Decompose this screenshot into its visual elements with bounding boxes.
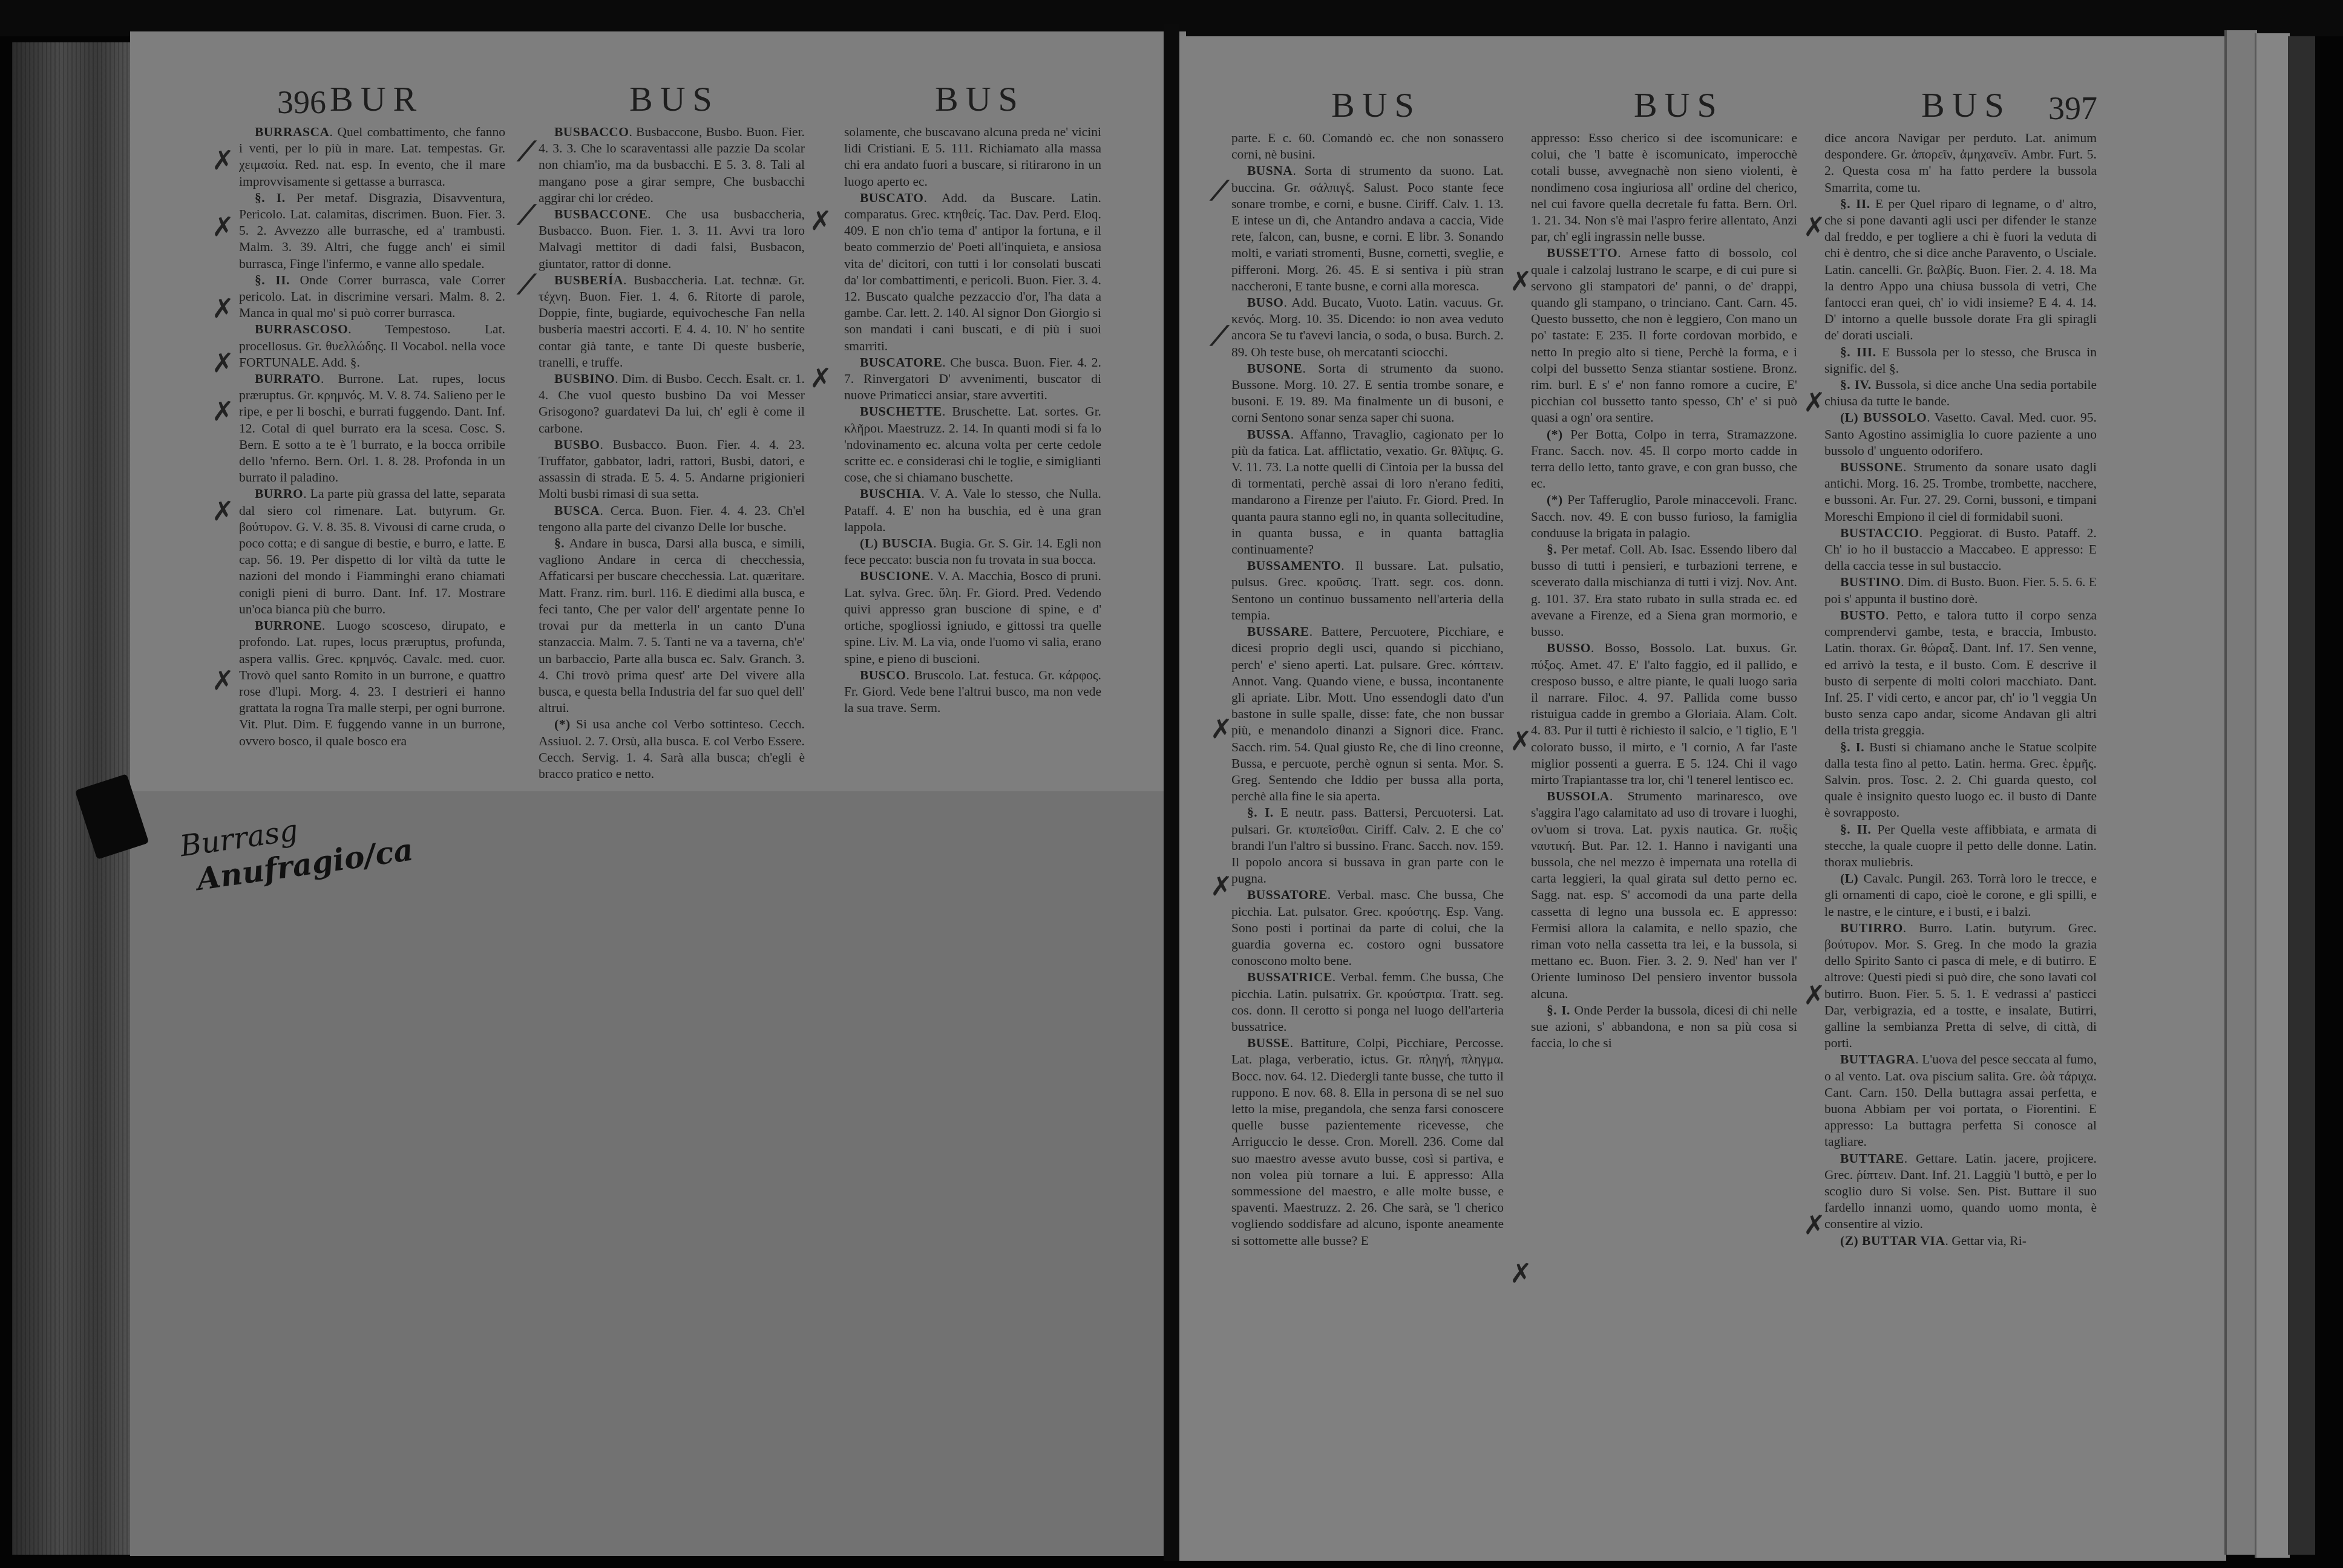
dictionary-entry: BUSSA. Affanno, Travaglio, cagionato per… <box>1231 426 1504 558</box>
entry-headword: §. IV. <box>1840 377 1872 392</box>
entry-text: . Add. da Buscare. Latin. comparatus. Gr… <box>844 191 1101 353</box>
margin-cross-mark-icon: ✗ <box>1803 212 1826 243</box>
dictionary-entry: (*) Si usa anche col Verbo sottinteso. C… <box>539 716 805 782</box>
dictionary-entry: §. I. Per metaf. Disgrazia, Disavventura… <box>239 190 505 272</box>
entry-text: Per metaf. Coll. Ab. Isac. Essendo liber… <box>1531 542 1797 639</box>
entry-headword: BUSCATO <box>860 191 923 205</box>
margin-cross-mark-icon: ✗ <box>1510 726 1532 757</box>
entry-headword: BUSBACCO <box>554 125 629 139</box>
dictionary-entry: BUSSAMENTO. Il bussare. Lat. pulsatio, p… <box>1231 558 1504 624</box>
entry-headword: §. <box>554 536 565 550</box>
entry-text: . Sorta di strumento da suono. Lat. bucc… <box>1231 163 1504 293</box>
entry-headword: BUSTINO <box>1840 575 1901 589</box>
entry-headword: BUTTARE <box>1840 1151 1904 1166</box>
entry-headword: BUSBACCONE <box>554 207 647 221</box>
entry-headword: §. <box>1547 542 1557 557</box>
entry-headword: BUSSA <box>1247 427 1291 442</box>
dictionary-entry: BUSONE. Sorta di strumento da suono. Bus… <box>1231 361 1504 426</box>
dictionary-entry: §. II. E per Quel riparo di legname, o d… <box>1824 196 2097 344</box>
dictionary-column-left-2: BUSBACCO. Busbaccone, Busbo. Buon. Fier.… <box>539 124 805 789</box>
dictionary-entry: parte. E c. 60. Comandò ec. che non sona… <box>1231 130 1504 163</box>
entry-text: . Petto, e talora tutto il corpo senza c… <box>1824 608 2097 737</box>
dictionary-entry: BUSSATRICE. Verbal. femm. Che bussa, Che… <box>1231 969 1504 1035</box>
margin-cross-mark-icon: ✗ <box>1210 871 1233 902</box>
entry-headword: BUTTAGRA <box>1840 1052 1915 1067</box>
entry-text: . La parte più grassa del latte, separat… <box>239 486 505 616</box>
dictionary-entry: §. IV. Bussola, si dice anche Una sedia … <box>1824 377 2097 410</box>
running-head-left-col3: BUS <box>935 79 1025 119</box>
dictionary-entry: BURRATO. Burrone. Lat. rupes, locus prær… <box>239 371 505 486</box>
dictionary-entry: BUSTINO. Dim. di Busto. Buon. Fier. 5. 5… <box>1824 574 2097 607</box>
margin-cross-mark-icon: ✗ <box>212 665 234 696</box>
dictionary-entry: BUSSATORE. Verbal. masc. Che bussa, Che … <box>1231 887 1504 969</box>
dictionary-entry: dice ancora Navigar per perduto. Lat. an… <box>1824 130 2097 196</box>
entry-headword: BUSCATORE <box>860 355 942 370</box>
running-head-left-col1: BUR <box>330 79 424 119</box>
dictionary-entry: §. III. E Bussola per lo stesso, che Bru… <box>1824 344 2097 377</box>
entry-text: Per Botta, Colpo in terra, Stramazzone. … <box>1531 427 1797 491</box>
entry-text: Andare in busca, Darsi alla busca, e sim… <box>539 536 805 715</box>
running-head-right-col2: BUS <box>1634 85 1724 125</box>
running-head-right-col1: BUS <box>1331 85 1421 125</box>
dictionary-entry: BUSBINO. Dim. di Busbo. Cecch. Esalt. cr… <box>539 371 805 437</box>
entry-headword: BUSCHETTE <box>860 404 942 419</box>
margin-cross-mark-icon: ✗ <box>1210 714 1233 745</box>
entry-text: Onde Perder la bussola, dicesi di chi ne… <box>1531 1003 1797 1050</box>
entry-text: appresso: Esso cherico si dee iscomunica… <box>1531 131 1797 244</box>
margin-cross-mark-icon: ✗ <box>1803 1210 1826 1241</box>
dictionary-entry: BUSBACCO. Busbaccone, Busbo. Buon. Fier.… <box>539 124 805 206</box>
book-gutter <box>1164 24 1179 1561</box>
running-head-right-col3: BUS <box>1921 85 2011 125</box>
entry-headword: BUSSATRICE <box>1247 970 1332 984</box>
margin-cross-mark-icon: ✗ <box>212 212 234 243</box>
entry-headword: BUSSONE <box>1840 460 1903 474</box>
margin-dash-mark-icon: ⟋ <box>517 200 536 230</box>
dictionary-column-right-1: parte. E c. 60. Comandò ec. che non sona… <box>1231 130 1504 1503</box>
dictionary-entry: BUSSE. Battiture, Colpi, Picchiare, Perc… <box>1231 1035 1504 1249</box>
entry-headword: BURRO <box>255 486 303 501</box>
dictionary-entry: BUSSARE. Battere, Percuotere, Picchiare,… <box>1231 624 1504 805</box>
margin-cross-mark-icon: ✗ <box>1803 980 1826 1011</box>
entry-headword: BUSSATORE <box>1247 887 1328 902</box>
entry-headword: §. I. <box>1247 805 1274 820</box>
entry-text: . Arnese fatto di bossolo, col quale i c… <box>1531 246 1797 425</box>
entry-headword: (*) <box>1547 492 1563 507</box>
entry-headword: §. II. <box>1840 822 1871 837</box>
dictionary-entry: BUSCO. Bruscolo. Lat. festuca. Gr. κάρφο… <box>844 667 1101 717</box>
entry-headword: BUSBO <box>554 437 600 452</box>
entry-text: Si usa anche col Verbo sottinteso. Cecch… <box>539 717 805 781</box>
dictionary-entry: BURRONE. Luogo scosceso, dirupato, e pro… <box>239 618 505 750</box>
show-through-text <box>239 805 1098 1530</box>
page-block-edge-right <box>2224 30 2257 1555</box>
entry-text: . Battere, Percuotere, Picchiare, e dice… <box>1231 624 1504 803</box>
entry-text: . Burro. Latin. butyrum. Grec. βούτυρον.… <box>1824 921 2097 1050</box>
dictionary-entry: BUTTAGRA. L'uova del pesce seccata al fu… <box>1824 1051 2097 1150</box>
dictionary-entry: §. I. E neutr. pass. Battersi, Percuoter… <box>1231 805 1504 887</box>
dictionary-column-left-1: BURRASCA. Quel combattimento, che fanno … <box>239 124 505 789</box>
entry-text: . Burrone. Lat. rupes, locus præruptus. … <box>239 371 505 485</box>
entry-headword: BUSCA <box>554 503 600 518</box>
entry-headword: BUTIRRO <box>1840 921 1903 935</box>
dictionary-entry: BUSO. Add. Bucato, Vuoto. Latin. vacuus.… <box>1231 295 1504 361</box>
dictionary-entry: appresso: Esso cherico si dee iscomunica… <box>1531 130 1797 245</box>
dictionary-entry: BUSCHETTE. Bruschette. Lat. sortes. Gr. … <box>844 403 1101 486</box>
entry-text: E per Quel riparo di legname, o d' altro… <box>1824 197 2097 343</box>
entry-headword: BUSTO <box>1840 608 1886 622</box>
dictionary-entry: BUSBACCONE. Che usa busbaccheria, Busbac… <box>539 206 805 272</box>
dictionary-entry: §. Per metaf. Coll. Ab. Isac. Essendo li… <box>1531 541 1797 640</box>
dictionary-entry: BUSBO. Busbacco. Buon. Fier. 4. 4. 23. T… <box>539 437 805 503</box>
margin-cross-mark-icon: ✗ <box>1510 1258 1532 1289</box>
dictionary-entry: BUTIRRO. Burro. Latin. butyrum. Grec. βο… <box>1824 920 2097 1052</box>
dictionary-entry: §. I. Onde Perder la bussola, dicesi di … <box>1531 1002 1797 1052</box>
page-block-edge-right-outer <box>2255 33 2290 1558</box>
margin-cross-mark-icon: ✗ <box>212 496 234 527</box>
dictionary-entry: §. Andare in busca, Darsi alla busca, e … <box>539 535 805 716</box>
dictionary-entry: BUSCA. Cerca. Buon. Fier. 4. 4. 23. Ch'e… <box>539 503 805 535</box>
dictionary-entry: §. II. Per Quella veste affibbiata, e ar… <box>1824 822 2097 871</box>
entry-text: . Bosso, Bossolo. Lat. buxus. Gr. πύξος.… <box>1531 641 1797 787</box>
dictionary-column-right-3: dice ancora Navigar per perduto. Lat. an… <box>1824 130 2097 1503</box>
margin-cross-mark-icon: ✗ <box>212 293 234 324</box>
entry-text: . V. A. Macchia, Bosco di pruni. Lat. sy… <box>844 569 1101 665</box>
dictionary-column-left-3: solamente, che buscavano alcuna preda ne… <box>844 124 1101 789</box>
dictionary-entry: BURRO. La parte più grassa del latte, se… <box>239 486 505 618</box>
entry-headword: BUSCO <box>860 668 906 682</box>
margin-cross-mark-icon: ✗ <box>212 145 234 176</box>
dictionary-entry: (L) BUSCIA. Bugia. Gr. S. Gir. 14. Egli … <box>844 535 1101 568</box>
entry-headword: §. II. <box>255 273 290 287</box>
dictionary-entry: solamente, che buscavano alcuna preda ne… <box>844 124 1101 190</box>
entry-text: . Luogo scosceso, dirupato, e profondo. … <box>239 618 505 748</box>
entry-headword: BUSCIONE <box>860 569 930 583</box>
page-number-left: 396 <box>277 83 326 121</box>
dictionary-entry: §. II. Onde Correr burrasca, vale Correr… <box>239 272 505 322</box>
entry-headword: BURRONE <box>255 618 322 633</box>
dictionary-entry: (Z) BUTTAR VIA. Gettar via, Ri- <box>1824 1233 2097 1249</box>
margin-dash-mark-icon: ⟋ <box>517 136 536 167</box>
dictionary-entry: BUSTO. Petto, e talora tutto il corpo se… <box>1824 607 2097 739</box>
entry-headword: (*) <box>1547 427 1563 442</box>
dictionary-entry: BUSNA. Sorta di strumento da suono. Lat.… <box>1231 163 1504 295</box>
entry-headword: BURRASCOSO <box>255 322 348 336</box>
entry-headword: BUSONE <box>1247 361 1302 376</box>
entry-headword: BUSCHIA <box>860 486 921 501</box>
entry-text: . Gettar via, Ri- <box>1945 1233 2026 1248</box>
dictionary-entry: BUSSETTO. Arnese fatto di bossolo, col q… <box>1531 245 1797 426</box>
dictionary-entry: (*) Per Tafferuglio, Parole minaccevoli.… <box>1531 492 1797 541</box>
entry-text: . Battiture, Colpi, Picchiare, Percosse.… <box>1231 1036 1504 1247</box>
entry-text: Busti si chiamano anche le Statue scolpi… <box>1824 740 2097 820</box>
entry-text: . Strumento marinaresco, ove s'aggira l'… <box>1531 789 1797 1001</box>
entry-headword: BUSNA <box>1247 163 1293 178</box>
entry-text: . Affanno, Travaglio, cagionato per lo p… <box>1231 427 1504 557</box>
book-cover-right <box>2288 36 2315 1555</box>
dictionary-entry: BURRASCOSO. Tempestoso. Lat. procellosus… <box>239 321 505 371</box>
dictionary-entry: BUSCATORE. Che busca. Buon. Fier. 4. 2. … <box>844 354 1101 404</box>
margin-cross-mark-icon: ✗ <box>212 396 234 427</box>
entry-headword: §. II. <box>1840 197 1870 211</box>
page-number-right: 397 <box>2048 90 2097 127</box>
margin-cross-mark-icon: ✗ <box>810 363 832 394</box>
entry-text: Cavalc. Pungil. 263. Torrà loro le trecc… <box>1824 871 2097 918</box>
dictionary-entry: BUSCIONE. V. A. Macchia, Bosco di pruni.… <box>844 568 1101 667</box>
margin-cross-mark-icon: ✗ <box>1510 266 1532 297</box>
entry-headword: §. I. <box>255 191 286 205</box>
dictionary-entry: (*) Per Botta, Colpo in terra, Stramazzo… <box>1531 426 1797 492</box>
entry-headword: BURRATO <box>255 371 321 386</box>
entry-text: Per Tafferuglio, Parole minaccevoli. Fra… <box>1531 492 1797 540</box>
margin-dash-mark-icon: ⟋ <box>1210 321 1229 351</box>
entry-headword: (L) <box>1840 871 1858 886</box>
dictionary-entry: (L) BUSSOLO. Vasetto. Caval. Med. cuor. … <box>1824 410 2097 459</box>
entry-headword: BUSSARE <box>1247 624 1309 639</box>
margin-dash-mark-icon: ⟋ <box>517 269 536 300</box>
entry-headword: BUSTACCIO <box>1840 526 1919 540</box>
margin-cross-mark-icon: ✗ <box>212 348 234 379</box>
entry-headword: BUSBINO <box>554 371 615 386</box>
entry-headword: (Z) BUTTAR VIA <box>1840 1233 1945 1248</box>
dictionary-entry: BUSSONE. Strumento da sonare usato dagli… <box>1824 459 2097 525</box>
entry-headword: BUSO <box>1247 295 1284 310</box>
entry-headword: (L) BUSCIA <box>860 536 933 550</box>
entry-headword: §. III. <box>1840 345 1876 359</box>
margin-dash-mark-icon: ⟋ <box>1210 175 1229 206</box>
running-head-left-col2: BUS <box>629 79 719 119</box>
entry-headword: BUSSO <box>1547 641 1591 655</box>
dictionary-entry: §. I. Busti si chiamano anche le Statue … <box>1824 739 2097 822</box>
entry-text: . L'uova del pesce seccata al fumo, o al… <box>1824 1052 2097 1149</box>
entry-text: solamente, che buscavano alcuna preda ne… <box>844 125 1101 189</box>
dictionary-entry: BUSCATO. Add. da Buscare. Latin. compara… <box>844 190 1101 354</box>
entry-text: parte. E c. 60. Comandò ec. che non sona… <box>1231 131 1504 162</box>
dictionary-entry: BUSCHIA. V. A. Vale lo stesso, che Nulla… <box>844 486 1101 535</box>
dictionary-entry: BUSTACCIO. Peggiorat. di Busto. Pataff. … <box>1824 525 2097 575</box>
entry-text: dice ancora Navigar per perduto. Lat. an… <box>1824 131 2097 195</box>
dictionary-entry: BUSBERÍA. Busbaccheria. Lat. technæ. Gr.… <box>539 272 805 371</box>
dictionary-entry: BURRASCA. Quel combattimento, che fanno … <box>239 124 505 190</box>
margin-cross-mark-icon: ✗ <box>1803 387 1826 418</box>
dictionary-entry: BUSSOLA. Strumento marinaresco, ove s'ag… <box>1531 788 1797 1002</box>
entry-headword: BUSSE <box>1247 1036 1290 1050</box>
entry-headword: §. I. <box>1547 1003 1570 1018</box>
entry-headword: §. I. <box>1840 740 1864 754</box>
entry-headword: BURRASCA <box>255 125 329 139</box>
entry-headword: BUSSOLA <box>1547 789 1610 803</box>
dictionary-entry: BUSSO. Bosso, Bossolo. Lat. buxus. Gr. π… <box>1531 640 1797 788</box>
entry-headword: BUSBERÍA <box>554 273 623 287</box>
margin-cross-mark-icon: ✗ <box>810 206 832 237</box>
dictionary-column-right-2: appresso: Esso cherico si dee iscomunica… <box>1531 130 1797 1503</box>
entry-headword: BUSSETTO <box>1547 246 1617 260</box>
entry-headword: BUSSAMENTO <box>1247 558 1341 573</box>
dictionary-entry: (L) Cavalc. Pungil. 263. Torrà loro le t… <box>1824 871 2097 920</box>
dictionary-entry: BUTTARE. Gettare. Latin. jacere, projice… <box>1824 1151 2097 1233</box>
entry-headword: (*) <box>554 717 571 731</box>
entry-headword: (L) BUSSOLO <box>1840 410 1927 425</box>
